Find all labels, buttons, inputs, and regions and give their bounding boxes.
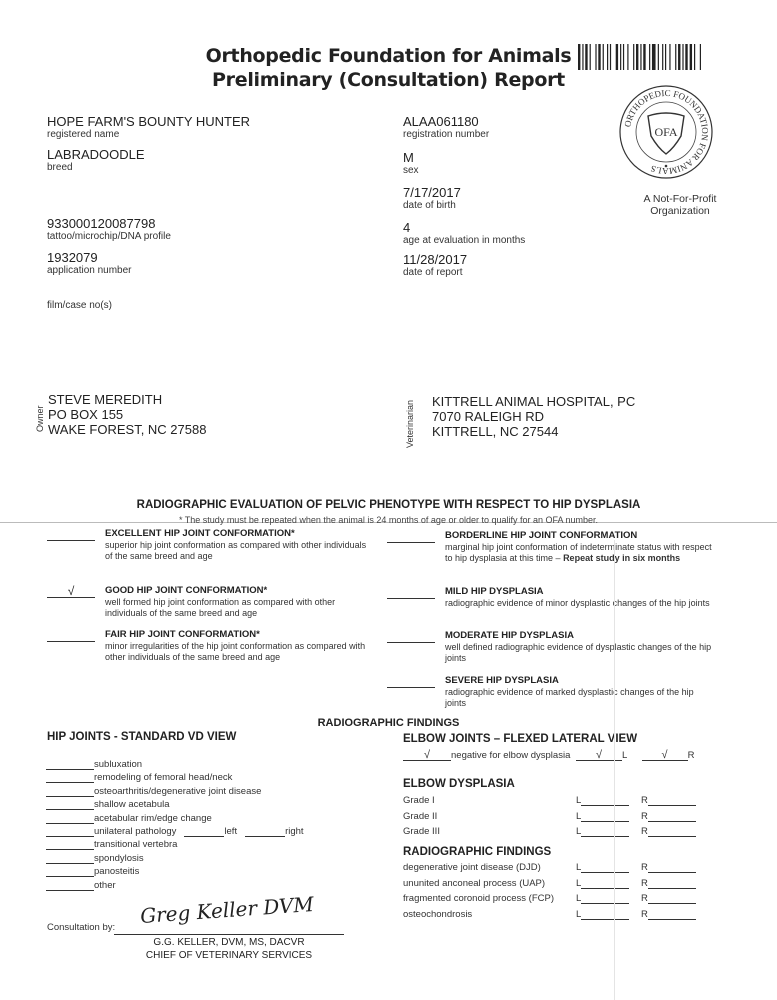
hip-finding-row: panosteitis: [46, 866, 139, 878]
elbow-row-right: R: [641, 811, 696, 822]
veterinarian-name: KITTRELL ANIMAL HOSPITAL, PC: [432, 394, 635, 409]
option-description-text: radiographic evidence of minor dysplasti…: [445, 598, 710, 608]
owner-street: PO BOX 155: [48, 407, 206, 422]
option-title: MODERATE HIP DYSPLASIA: [445, 630, 574, 641]
fold-line: [614, 540, 615, 1000]
date-of-birth-value: 7/17/2017: [403, 185, 461, 200]
signatory-title: CHIEF OF VETERINARY SERVICES: [94, 950, 364, 961]
evaluation-note: * The study must be repeated when the an…: [0, 515, 777, 525]
ofa-seal-icon: ORTHOPEDIC FOUNDATION FOR ANIMALS OFA: [618, 84, 714, 180]
option-description-text: radiographic evidence of marked dysplast…: [445, 687, 694, 708]
hip-finding-label: remodeling of femoral head/neck: [94, 772, 232, 783]
elbow-row-label: ununited anconeal process (UAP): [403, 878, 545, 889]
elbow-negative-row: √negative for elbow dysplasia √L √R: [403, 750, 694, 761]
option-description: superior hip joint conformation as compa…: [105, 540, 375, 562]
right-label: R: [641, 909, 648, 920]
option-checkbox[interactable]: [387, 630, 435, 643]
caption-line-2: Organization: [620, 205, 740, 217]
elbow-row-label: Grade I: [403, 795, 435, 806]
elbow-left-label: L: [622, 750, 627, 761]
sex-field: M sex: [403, 150, 419, 177]
evaluation-heading: RADIOGRAPHIC EVALUATION OF PELVIC PHENOT…: [0, 499, 777, 511]
option-description: marginal hip joint conformation of indet…: [445, 542, 715, 564]
evaluation-option: √GOOD HIP JOINT CONFORMATION*well formed…: [47, 585, 377, 625]
option-title: FAIR HIP JOINT CONFORMATION*: [105, 629, 260, 640]
option-description-emphasis: Repeat study in six months: [563, 553, 680, 563]
evaluation-option: MILD HIP DYSPLASIAradiographic evidence …: [387, 586, 727, 630]
option-checkbox[interactable]: [47, 629, 95, 642]
veterinarian-street: 7070 RALEIGH RD: [432, 409, 635, 424]
evaluation-option: BORDERLINE HIP JOINT CONFORMATIONmargina…: [387, 530, 727, 574]
elbow-row-label: Grade II: [403, 811, 437, 822]
film-case-field: film/case no(s): [47, 300, 112, 312]
date-of-birth-field: 7/17/2017 date of birth: [403, 185, 461, 212]
hip-finding-row: transitional vertebra: [46, 839, 177, 851]
right-blank[interactable]: [648, 862, 696, 873]
barcode-icon: [578, 44, 748, 70]
hip-finding-label: panosteitis: [94, 866, 139, 877]
hip-finding-blank[interactable]: [46, 799, 94, 810]
elbow-row-left: L: [576, 878, 629, 889]
registered-name-value: HOPE FARM'S BOUNTY HUNTER: [47, 114, 250, 129]
left-blank[interactable]: [581, 909, 629, 920]
right-label: R: [641, 862, 648, 873]
right-blank[interactable]: [648, 795, 696, 806]
hip-finding-row: shallow acetabula: [46, 799, 170, 811]
option-title: SEVERE HIP DYSPLASIA: [445, 675, 559, 686]
registration-number-field: ALAA061180 registration number: [403, 114, 489, 141]
application-number-value: 1932079: [47, 250, 132, 265]
right-label: R: [641, 811, 648, 822]
left-blank[interactable]: [581, 878, 629, 889]
option-description-text: well defined radiographic evidence of dy…: [445, 642, 711, 663]
option-title: EXCELLENT HIP JOINT CONFORMATION*: [105, 528, 295, 539]
evaluation-option: MODERATE HIP DYSPLASIAwell defined radio…: [387, 630, 727, 674]
age-label: age at evaluation in months: [403, 235, 525, 247]
consultation-label: Consultation by:: [47, 922, 115, 933]
option-description: minor irregularities of the hip joint co…: [105, 641, 375, 663]
hip-heading: HIP JOINTS - STANDARD VD VIEW: [47, 731, 236, 743]
option-description: radiographic evidence of minor dysplasti…: [445, 598, 715, 609]
option-checkbox[interactable]: [387, 530, 435, 543]
elbow-row-right: R: [641, 826, 696, 837]
option-description: well defined radiographic evidence of dy…: [445, 642, 715, 664]
evaluation-option: SEVERE HIP DYSPLASIAradiographic evidenc…: [387, 675, 727, 719]
age-field: 4 age at evaluation in months: [403, 220, 525, 247]
signature-line: [114, 934, 344, 935]
microchip-value: 933000120087798: [47, 216, 171, 231]
hip-finding-row: spondylosis: [46, 853, 144, 865]
hip-finding-blank[interactable]: [46, 839, 94, 850]
elbow-row-left: L: [576, 893, 629, 904]
registration-number-value: ALAA061180: [403, 114, 489, 129]
elbow-row-right: R: [641, 893, 696, 904]
elbow-row-right: R: [641, 862, 696, 873]
owner-name: STEVE MEREDITH: [48, 392, 206, 407]
hip-finding-label: transitional vertebra: [94, 839, 177, 850]
unilateral-right-blank[interactable]: [245, 826, 285, 837]
right-label: R: [641, 893, 648, 904]
veterinarian-address: KITTRELL ANIMAL HOSPITAL, PC 7070 RALEIG…: [432, 394, 635, 439]
elbow-row-left: L: [576, 795, 629, 806]
hip-finding-blank[interactable]: [46, 826, 94, 837]
hip-finding-label: osteoarthritis/degenerative joint diseas…: [94, 786, 261, 797]
hip-finding-row: remodeling of femoral head/neck: [46, 772, 232, 784]
application-number-field: 1932079 application number: [47, 250, 132, 277]
unilateral-left-blank[interactable]: [184, 826, 224, 837]
right-label: R: [641, 826, 648, 837]
option-checkbox[interactable]: √: [47, 585, 95, 598]
elbow-right-label: R: [688, 750, 695, 761]
date-of-report-value: 11/28/2017: [403, 252, 467, 267]
right-blank[interactable]: [648, 878, 696, 889]
elbow-negative-label: negative for elbow dysplasia: [451, 750, 570, 761]
option-checkbox[interactable]: [387, 586, 435, 599]
elbow-heading: ELBOW JOINTS – FLEXED LATERAL VIEW: [403, 733, 637, 745]
option-description: well formed hip joint conformation as co…: [105, 597, 375, 619]
elbow-findings-heading: RADIOGRAPHIC FINDINGS: [403, 846, 551, 858]
not-for-profit-caption: A Not-For-Profit Organization: [620, 193, 740, 217]
breed-value: LABRADOODLE: [47, 147, 145, 162]
elbow-row-right: R: [641, 909, 696, 920]
option-title: BORDERLINE HIP JOINT CONFORMATION: [445, 530, 637, 541]
veterinarian-side-label: Veterinarian: [405, 400, 415, 448]
elbow-row-label: degenerative joint disease (DJD): [403, 862, 541, 873]
unilateral-right-label: right: [285, 826, 303, 837]
elbow-row-left: L: [576, 862, 629, 873]
date-of-report-field: 11/28/2017 date of report: [403, 252, 467, 279]
right-label: R: [641, 795, 648, 806]
sex-label: sex: [403, 165, 419, 177]
elbow-left-checkbox[interactable]: √: [576, 750, 622, 761]
evaluation-option: FAIR HIP JOINT CONFORMATION*minor irregu…: [47, 629, 377, 669]
left-blank[interactable]: [581, 826, 629, 837]
date-of-birth-label: date of birth: [403, 200, 461, 212]
left-blank[interactable]: [581, 811, 629, 822]
right-label: R: [641, 878, 648, 889]
hip-finding-row: acetabular rim/edge change: [46, 813, 212, 825]
elbow-right-checkbox[interactable]: √: [642, 750, 688, 761]
film-case-label: film/case no(s): [47, 300, 112, 312]
hip-finding-label: acetabular rim/edge change: [94, 813, 212, 824]
right-blank[interactable]: [648, 811, 696, 822]
sex-value: M: [403, 150, 419, 165]
right-blank[interactable]: [648, 826, 696, 837]
elbow-dysplasia-heading: ELBOW DYSPLASIA: [403, 778, 515, 790]
breed-field: LABRADOODLE breed: [47, 147, 145, 174]
owner-side-label: Owner: [35, 405, 45, 432]
elbow-row-label: fragmented coronoid process (FCP): [403, 893, 554, 904]
hip-finding-label: spondylosis: [94, 853, 144, 864]
evaluation-option: EXCELLENT HIP JOINT CONFORMATION*superio…: [47, 528, 377, 568]
left-blank[interactable]: [581, 795, 629, 806]
elbow-row-right: R: [641, 795, 696, 806]
svg-text:OFA: OFA: [654, 125, 677, 139]
hip-finding-label: shallow acetabula: [94, 799, 170, 810]
hip-finding-blank[interactable]: [46, 786, 94, 797]
owner-city: WAKE FOREST, NC 27588: [48, 422, 206, 437]
registration-number-label: registration number: [403, 129, 489, 141]
hip-finding-label: unilateral pathology: [94, 826, 176, 837]
registered-name-label: registered name: [47, 129, 250, 141]
findings-heading: RADIOGRAPHIC FINDINGS: [0, 717, 777, 729]
hip-finding-row: unilateral pathologyleftright: [46, 826, 304, 838]
microchip-field: 933000120087798 tattoo/microchip/DNA pro…: [47, 216, 171, 243]
hip-finding-blank[interactable]: [46, 772, 94, 783]
hip-finding-blank[interactable]: [46, 866, 94, 877]
registered-name-field: HOPE FARM'S BOUNTY HUNTER registered nam…: [47, 114, 250, 141]
caption-line-1: A Not-For-Profit: [620, 193, 740, 205]
left-blank[interactable]: [581, 862, 629, 873]
unilateral-left-label: left: [224, 826, 237, 837]
right-blank[interactable]: [648, 893, 696, 904]
hip-finding-row: subluxation: [46, 759, 142, 771]
breed-label: breed: [47, 162, 145, 174]
age-value: 4: [403, 220, 525, 235]
option-description: radiographic evidence of marked dysplast…: [445, 687, 715, 709]
hip-finding-blank[interactable]: [46, 853, 94, 864]
hip-finding-label: other: [94, 880, 116, 891]
hip-finding-blank[interactable]: [46, 880, 94, 891]
hip-finding-blank[interactable]: [46, 759, 94, 770]
hip-finding-row: other: [46, 880, 116, 892]
application-number-label: application number: [47, 265, 132, 277]
elbow-row-label: Grade III: [403, 826, 440, 837]
right-blank[interactable]: [648, 909, 696, 920]
elbow-row-left: L: [576, 811, 629, 822]
owner-address: STEVE MEREDITH PO BOX 155 WAKE FOREST, N…: [48, 392, 206, 437]
elbow-row-label: osteochondrosis: [403, 909, 472, 920]
elbow-negative-checkbox[interactable]: √: [403, 750, 451, 761]
left-blank[interactable]: [581, 893, 629, 904]
hip-finding-blank[interactable]: [46, 813, 94, 824]
option-checkbox[interactable]: [387, 675, 435, 688]
elbow-row-left: L: [576, 909, 629, 920]
elbow-row-left: L: [576, 826, 629, 837]
hip-finding-label: subluxation: [94, 759, 142, 770]
option-title: MILD HIP DYSPLASIA: [445, 586, 544, 597]
elbow-row-right: R: [641, 878, 696, 889]
microchip-label: tattoo/microchip/DNA profile: [47, 231, 171, 243]
option-checkbox[interactable]: [47, 528, 95, 541]
veterinarian-city: KITTRELL, NC 27544: [432, 424, 635, 439]
date-of-report-label: date of report: [403, 267, 467, 279]
hip-finding-row: osteoarthritis/degenerative joint diseas…: [46, 786, 261, 798]
signature: Greg Keller DVM: [139, 892, 314, 928]
option-title: GOOD HIP JOINT CONFORMATION*: [105, 585, 267, 596]
signatory-name: G.G. KELLER, DVM, MS, DACVR: [114, 937, 344, 948]
